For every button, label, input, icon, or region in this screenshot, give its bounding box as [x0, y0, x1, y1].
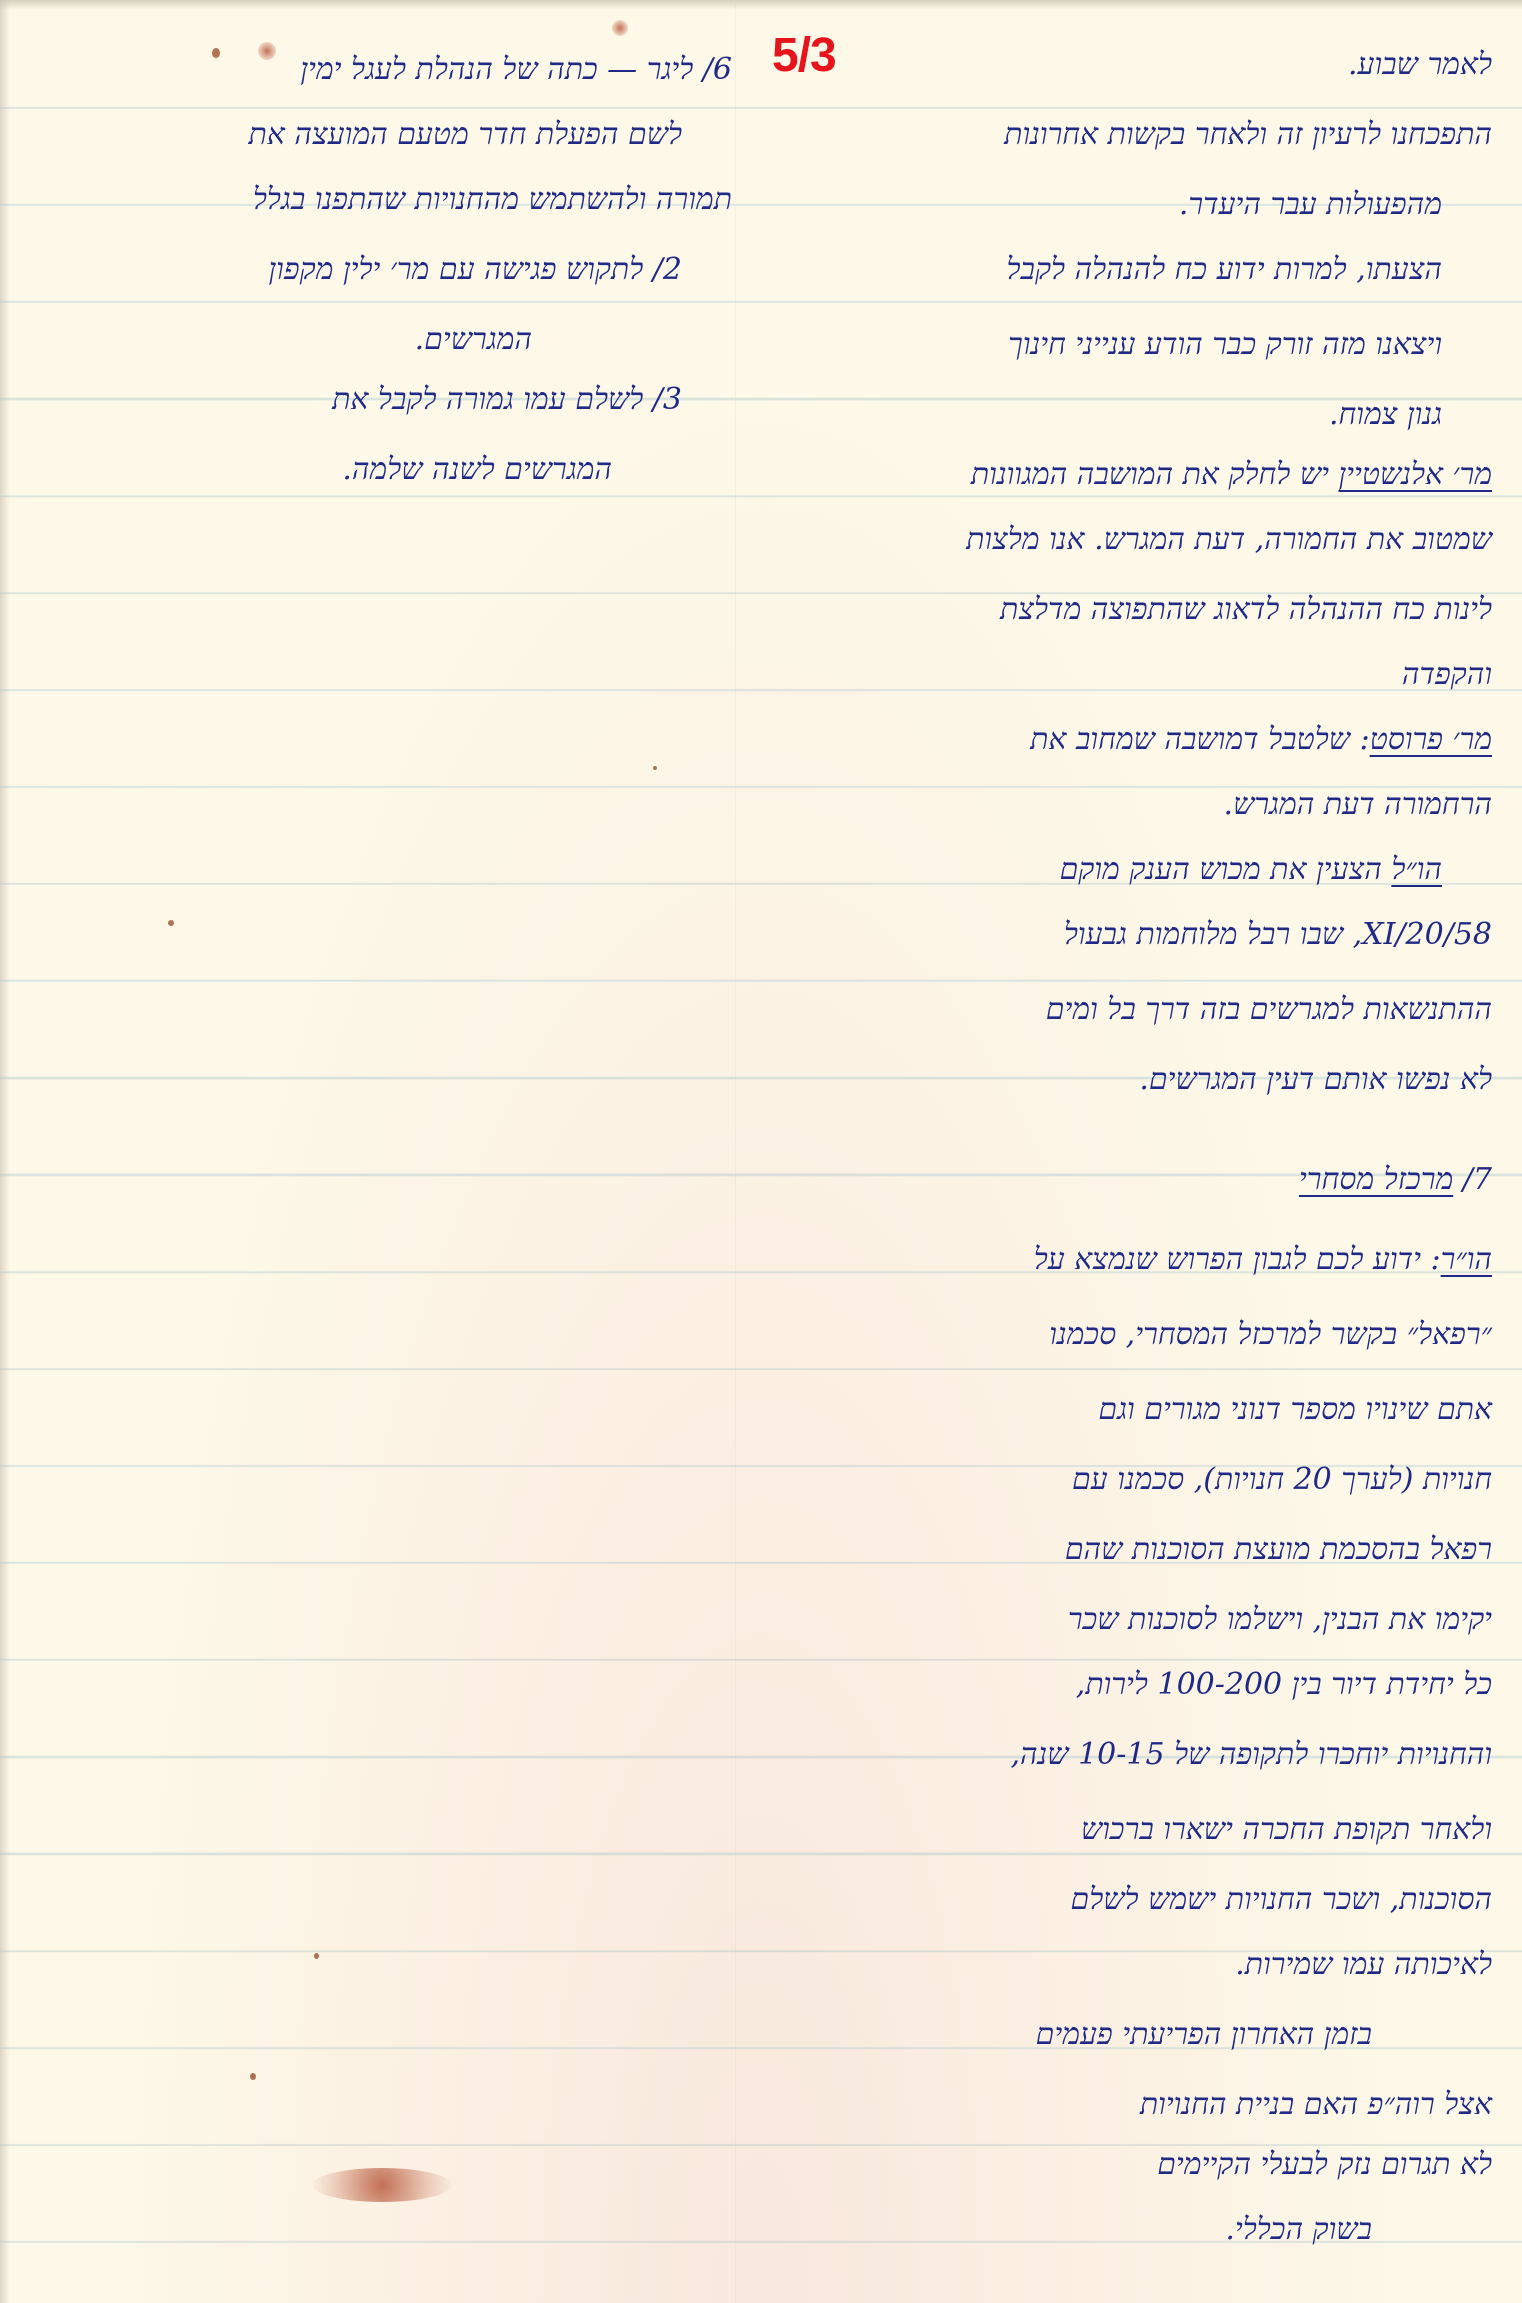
handwritten-line: בזמן האחרון הפריעתי פעמים — [1036, 2020, 1372, 2050]
speaker-name: הו״ל — [1391, 852, 1442, 887]
handwritten-line: לאמר שבוע. — [1348, 50, 1492, 80]
right-column-text: לאמר שבוע.התפכחנו לרעיון זה ולאחר בקשות … — [760, 0, 1492, 2303]
handwritten-line: המגרשים לשנה שלמה. — [342, 455, 612, 485]
handwritten-line: ההתנשאות למגרשים בזה דרך בל ומים — [1046, 995, 1492, 1025]
rust-stain — [258, 42, 276, 60]
handwritten-line: הו״ל הצעין את מכוש הענק מוקם — [1060, 855, 1442, 885]
ink-speck — [653, 766, 657, 770]
left-column-text: 6/ ליגר — כתה של הנהלת לעגל ימיןלשם הפעל… — [10, 0, 732, 700]
page-left-edge — [0, 0, 10, 2303]
handwritten-line: 3/ לשלם עמו גמורה לקבל את — [332, 385, 682, 415]
handwritten-line: 2/ לתקוש פגישה עם מר׳ ילין מקפון — [269, 255, 682, 285]
handwritten-line: חנויות (לערך 20 חנויות), סכמנו עם — [1072, 1465, 1492, 1495]
handwritten-line: הצעתו, למרות ידוע כח להנהלה לקבל — [1006, 255, 1442, 285]
handwritten-line: הסוכנות, ושכר החנויות ישמש לשלם — [1071, 1885, 1492, 1915]
ink-speck — [168, 920, 174, 926]
handwritten-line: ויצאנו מזה זורק כבר הודע ענייני חינוך — [1008, 330, 1442, 360]
handwritten-line: בשוק הכללי. — [1225, 2215, 1372, 2245]
handwritten-line: ולאחר תקופת החכרה ישארו ברכוש — [1081, 1815, 1492, 1845]
ink-speck — [250, 2073, 256, 2080]
handwritten-line: לשם הפעלת חדר מטעם המועצה את — [249, 120, 682, 150]
column-divider — [735, 0, 736, 2303]
handwritten-line: לינות כח ההנהלה לדאוג שהתפוצה מדלצת — [1000, 595, 1492, 625]
handwritten-line: שמטוב את החמורה, דעת המגרש. אנו מלצות — [966, 525, 1492, 555]
handwritten-line: אתם שינויו מספר דנוני מגורים וגם — [1098, 1395, 1492, 1425]
rust-stain — [612, 20, 628, 36]
handwritten-line: יקימו את הבנין, וישלמו לסוכנות שכר — [1068, 1605, 1492, 1635]
ink-speck — [314, 1953, 319, 1959]
speaker-name: מר׳ פרוסט — [1370, 722, 1492, 757]
handwritten-line: והחנויות יוחכרו לתקופה של 10-15 שנה, — [1010, 1740, 1492, 1770]
handwritten-line: רפאל בהסכמת מועצת הסוכנות שהם — [1065, 1535, 1492, 1565]
ink-speck — [212, 48, 220, 58]
handwritten-line: תמורה ולהשתמש מהחנויות שהתפנו בגלל — [253, 185, 732, 215]
handwritten-line: לא תגרום נזק לבעלי הקיימים — [1157, 2150, 1492, 2180]
section-heading: מרכזל מסחרי — [1299, 1162, 1453, 1197]
handwritten-line: התפכחנו לרעיון זה ולאחר בקשות אחרונות — [1004, 120, 1492, 150]
handwritten-line: 58/XI/20, שבו רבל מלוחמות גבעול — [1064, 920, 1492, 950]
speaker-name: הו״ר — [1441, 1242, 1492, 1277]
handwritten-line: 7/ מרכזל מסחרי — [1299, 1165, 1492, 1195]
handwritten-line: הרחמורה דעת המגרש. — [1224, 790, 1492, 820]
handwritten-line: מהפעולות עבר היעדר. — [1179, 190, 1442, 220]
handwritten-line: הו״ר: ידוע לכם לגבון הפרוש שנמצא על — [1034, 1245, 1492, 1275]
handwritten-line: גנון צמוח. — [1329, 400, 1442, 430]
rust-stain — [312, 2168, 452, 2202]
handwritten-line: מר׳ פרוסט: שלטבל דמושבה שמחוב את — [1030, 725, 1492, 755]
handwritten-line: המגרשים. — [415, 325, 532, 355]
handwritten-line: 6/ ליגר — כתה של הנהלת לעגל ימין — [300, 55, 732, 85]
handwritten-line: לאיכותה עמו שמירות. — [1235, 1950, 1492, 1980]
handwritten-line: כל יחידת דיור בין 100-200 לירות, — [1076, 1670, 1492, 1700]
handwritten-line: לא נפשו אותם דעין המגרשים. — [1139, 1065, 1492, 1095]
handwritten-line: ״רפאל״ בקשר למרכזל המסחרי, סכמנו — [1049, 1320, 1492, 1350]
handwritten-line: אצל רוה״פ האם בניית החנויות — [1140, 2090, 1492, 2120]
handwritten-line: והקפדה — [1402, 660, 1492, 690]
speaker-name: מר׳ אלנשטיין — [1338, 457, 1492, 492]
handwritten-line: מר׳ אלנשטיין יש לחלק את המושבה המגוונות — [971, 460, 1492, 490]
